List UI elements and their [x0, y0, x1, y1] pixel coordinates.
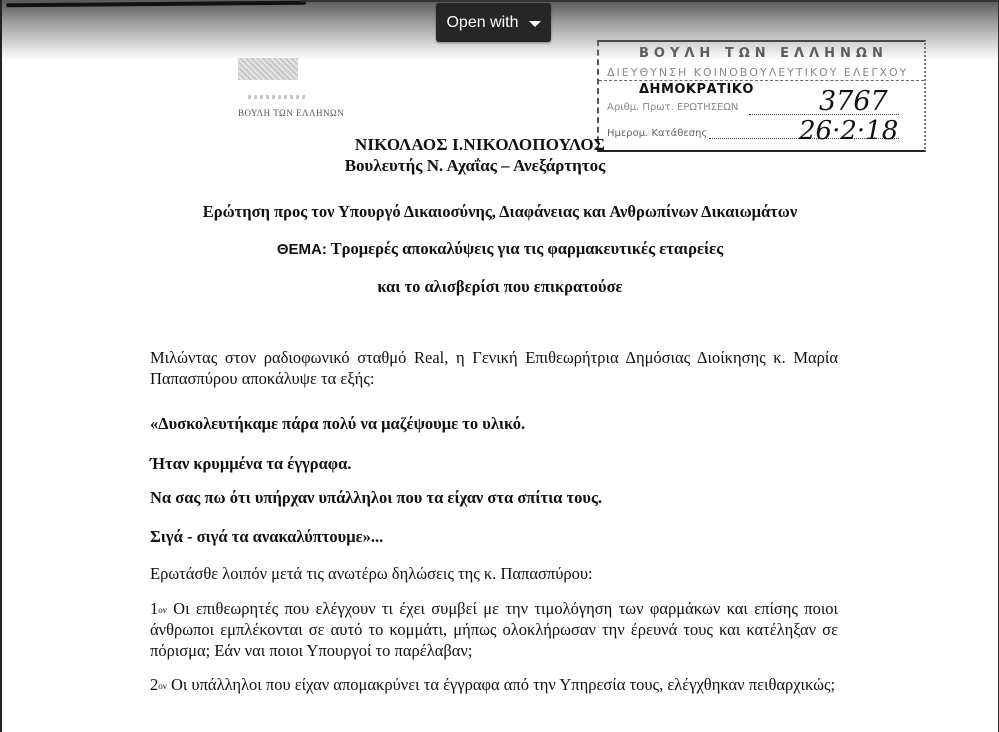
- scan-edge-line: [300, 0, 999, 2]
- quote-line: Να σας πω ότι υπήρχαν υπάλληλοι που τα ε…: [150, 487, 838, 508]
- item-ordinal-suffix: ον: [158, 605, 167, 615]
- item-number: 2: [150, 675, 158, 694]
- stamp-protocol-number: 3767: [819, 86, 888, 117]
- subject-text: Τρομερές αποκαλύψεις για τις φαρμακευτικ…: [327, 239, 723, 258]
- item-text: Οι υπάλληλοι που είχαν απομακρύνει τα έγ…: [167, 675, 835, 694]
- author-role: Βουλευτής Ν. Αχαΐας – Ανεξάρτητος: [170, 156, 780, 176]
- quote-line: Ήταν κρυμμένα τα έγγραφα.: [150, 453, 838, 474]
- viewer-left-border: [0, 0, 2, 732]
- subject-label: ΘΕΜΑ:: [277, 241, 327, 258]
- item-ordinal-suffix: ον: [158, 681, 167, 691]
- subject-line: ΘΕΜΑ: Τρομερές αποκαλύψεις για τις φαρμα…: [100, 239, 900, 259]
- intro-paragraph: Μιλώντας στον ραδιοφωνικό σταθμό Real, η…: [150, 347, 838, 389]
- item-text: Οι επιθεωρητές που ελέγχουν τι έχει συμβ…: [150, 599, 838, 660]
- stamp-date: 26·2·18: [799, 116, 898, 146]
- question-recipient: Ερώτηση προς τον Υπουργό Δικαιοσύνης, Δι…: [100, 202, 900, 222]
- quote-line: Σιγά - σιγά τα ανακαλύπτουμε»...: [150, 526, 838, 547]
- quote-line: «Δυσκολευτήκαμε πάρα πολύ να μαζέψουμε τ…: [150, 413, 838, 434]
- greek-parliament-emblem-icon: [238, 58, 298, 80]
- subject-line-2: και το αλισβερίσι που επικρατούσε: [100, 277, 900, 297]
- stamp-separator: [599, 80, 924, 81]
- parliament-label: ΒΟΥΛΗ ΤΩΝ ΕΛΛΗΝΩΝ: [238, 108, 344, 118]
- stamp-line-3: ΔΗΜΟΚΡΑΤΙΚΟ: [639, 82, 754, 97]
- document-page: ΒΟΥΛΗ ΤΩΝ ΕΛΛΗΝΩΝ ΒΟΥΛΗ ΤΩΝ ΕΛΛΗΝΩΝ ΔΙΕΥ…: [0, 0, 999, 732]
- open-with-label: Open with: [446, 14, 518, 32]
- caret-down-icon: [529, 21, 541, 27]
- question-intro: Ερωτάσθε λοιπόν μετά τις ανωτέρω δηλώσει…: [150, 563, 838, 584]
- stamp-line-2: ΔΙΕΥΘΥΝΣΗ ΚΟΙΝΟΒΟΥΛΕΥΤΙΚΟΥ ΕΛΕΓΧΟΥ: [607, 66, 908, 79]
- stamp-line-1: ΒΟΥΛΗ ΤΩΝ ΕΛΛΗΝΩΝ: [639, 46, 888, 61]
- item-number: 1: [150, 599, 158, 618]
- stamp-line-4: Αριθμ. Πρωτ. ΕΡΩΤΗΣΕΩΝ: [607, 102, 738, 113]
- author-name: ΝΙΚΟΛΑΟΣ Ι.ΝΙΚΟΛΟΠΟΥΛΟΣ: [180, 135, 780, 155]
- question-item-1: 1ον Οι επιθεωρητές που ελέγχουν τι έχει …: [150, 598, 838, 661]
- question-item-2: 2ον Οι υπάλληλοι που είχαν απομακρύνει τ…: [150, 674, 838, 695]
- open-with-button[interactable]: Open with: [436, 3, 551, 42]
- emblem-base: [248, 95, 308, 99]
